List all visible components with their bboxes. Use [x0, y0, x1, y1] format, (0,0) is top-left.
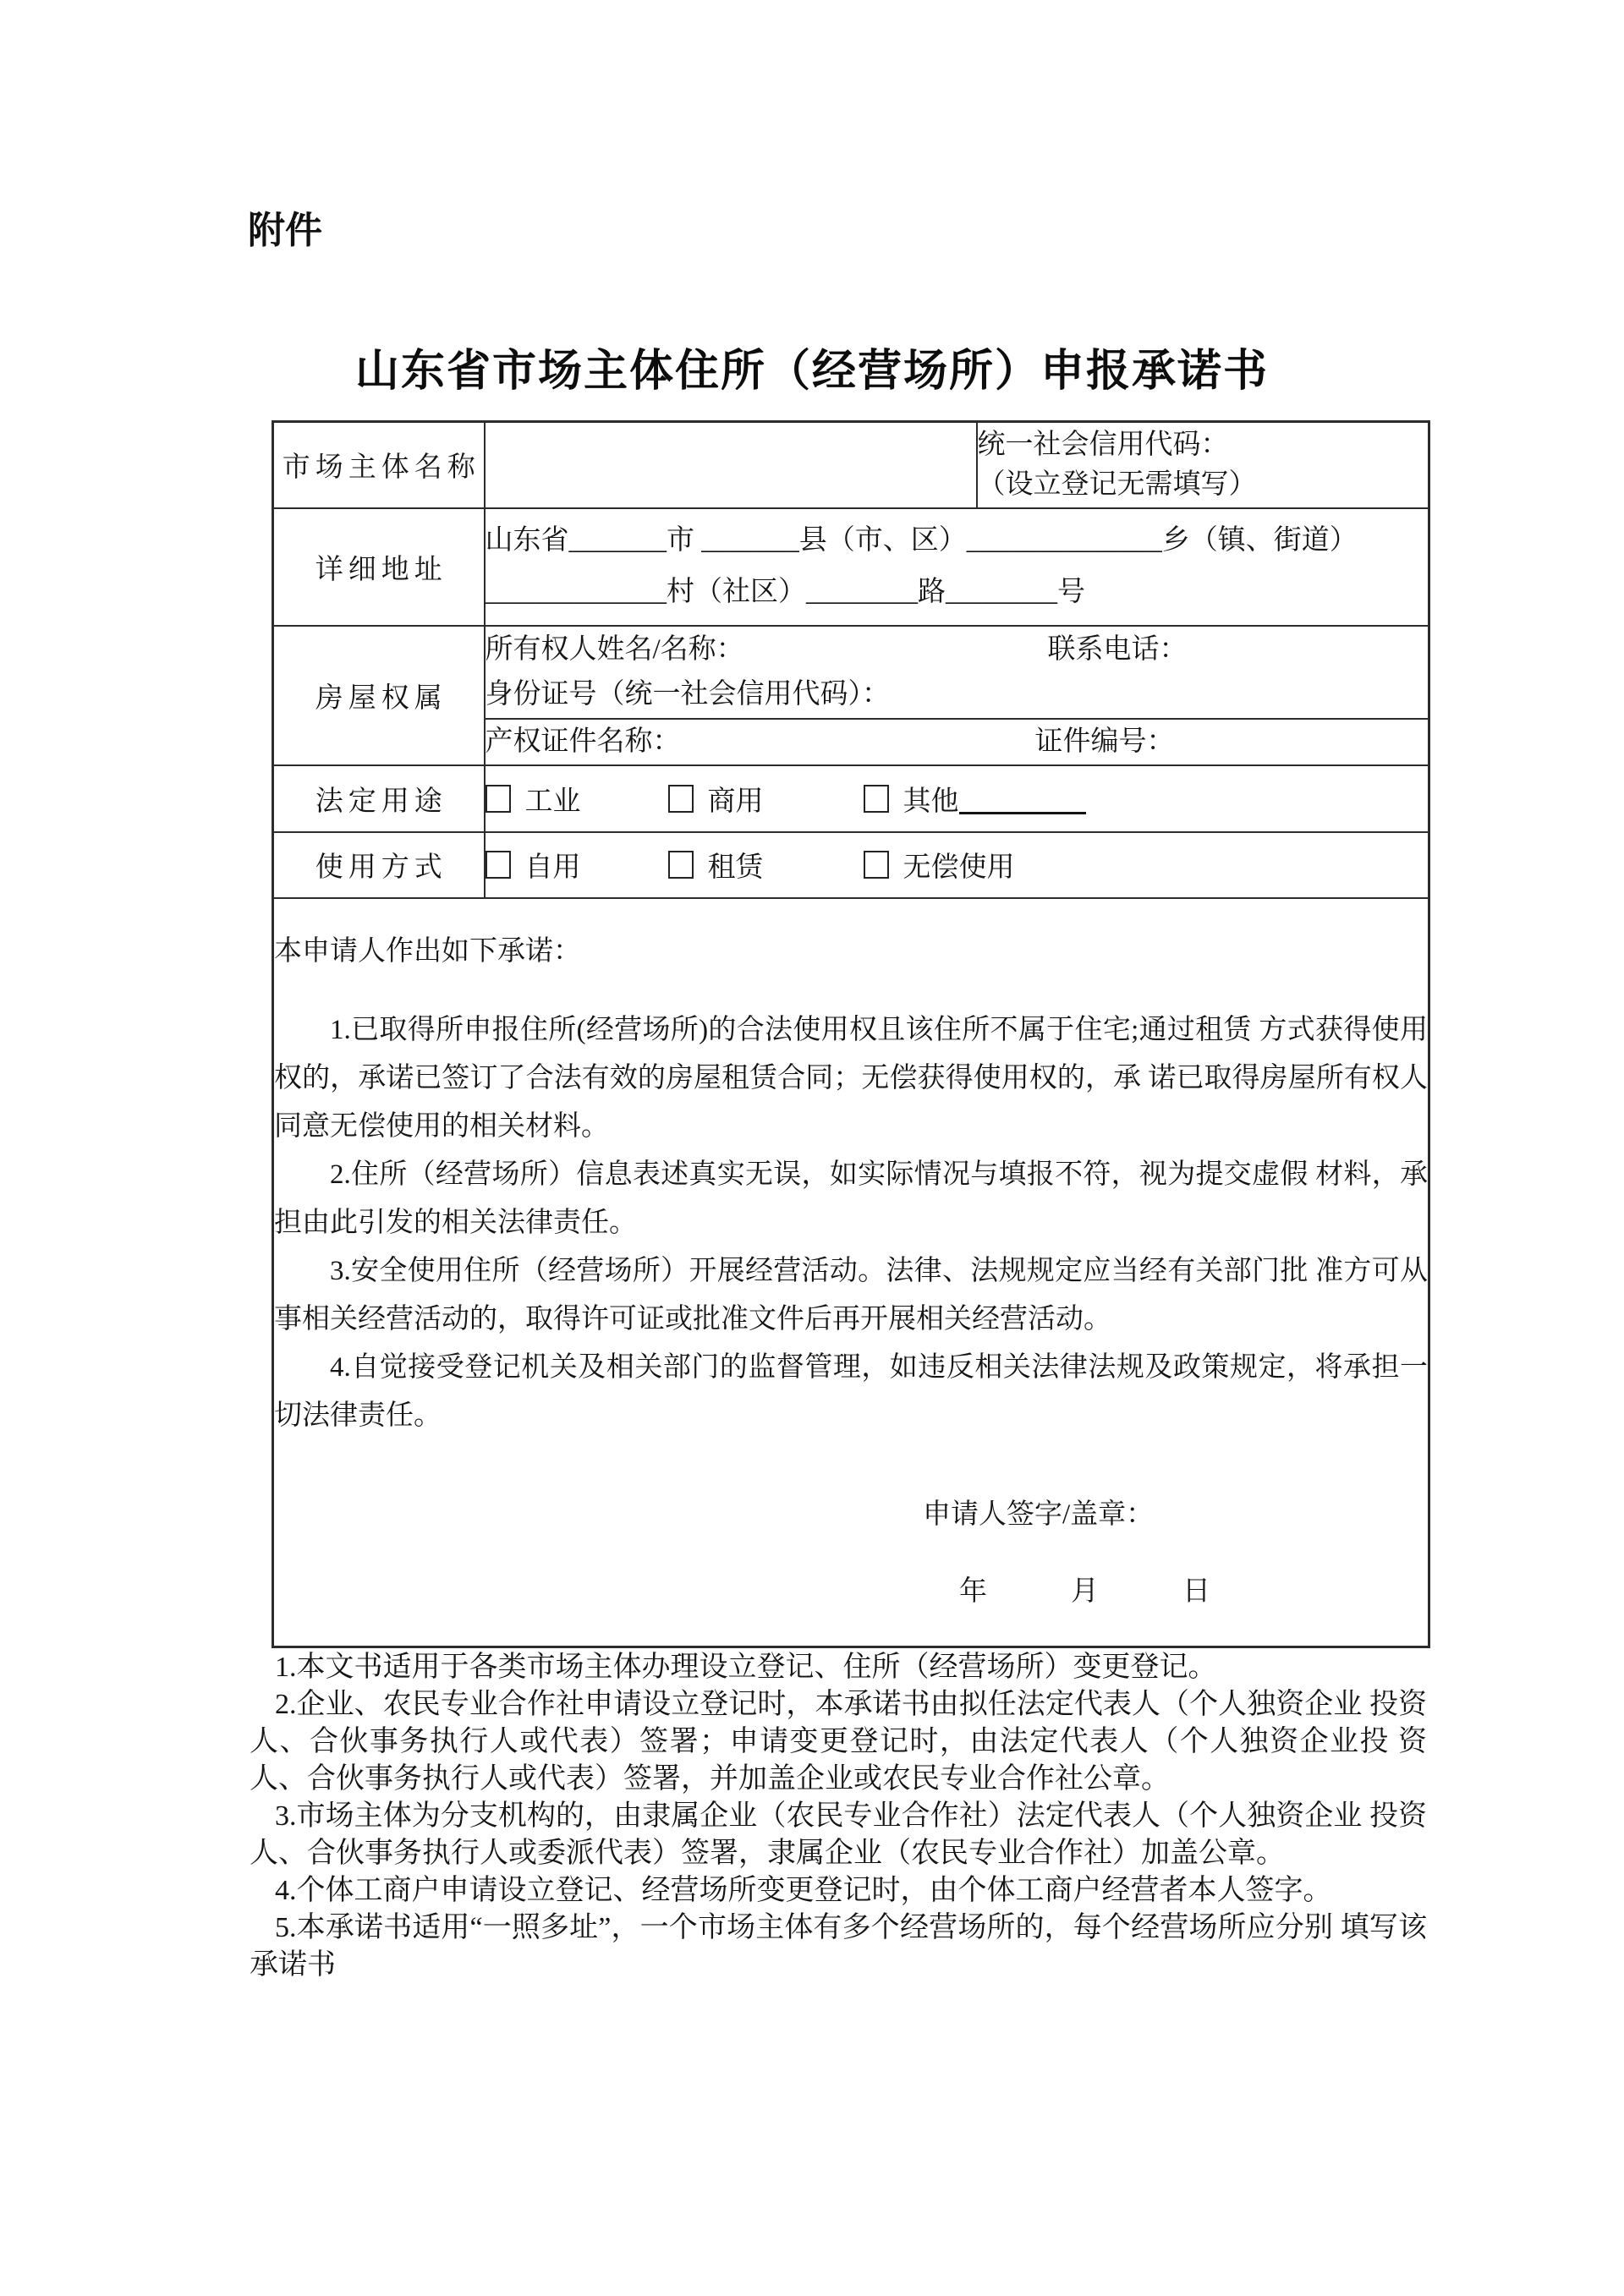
attachment-label: 附件	[248, 209, 322, 253]
commitment-item-4: 4.自觉接受登记机关及相关部门的监督管理，如违反相关法律法规及政策规定，将承担一…	[274, 1344, 1428, 1440]
use-mode-options: 自用 租赁 无偿使用	[485, 832, 1429, 898]
use-mode-label: 使用方式	[273, 832, 485, 898]
owner-name-label: 所有权人姓名/名称：	[486, 627, 1048, 672]
cert-no-label: 证件编号：	[1035, 726, 1175, 757]
option-commercial-label: 商用	[708, 779, 764, 819]
credit-code-label: 统一社会信用代码：	[978, 425, 1429, 465]
legal-use-label: 法定用途	[273, 765, 485, 832]
option-industrial-label: 工业	[525, 779, 581, 819]
credit-code-note: （设立登记无需填写）	[978, 465, 1429, 505]
commitment-item-2: 2.住所（经营场所）信息表述真实无误，如实际情况与填报不符，视为提交虚假 材料，…	[274, 1151, 1428, 1247]
phone-label: 联系电话：	[1048, 634, 1188, 665]
option-lease-label: 租赁	[708, 845, 764, 885]
owner-info-cell[interactable]: 所有权人姓名/名称：联系电话： 身份证号（统一社会信用代码）：	[485, 626, 1429, 719]
table-row-use-mode: 使用方式 自用 租赁 无偿使用	[273, 832, 1429, 898]
option-industrial[interactable]: 工业	[486, 779, 581, 819]
owner-id-label: 身份证号（统一社会信用代码）：	[486, 672, 1429, 717]
address-label: 详细地址	[273, 508, 485, 626]
checkbox-lease-icon[interactable]	[668, 851, 694, 879]
checkbox-commercial-icon[interactable]	[668, 785, 694, 813]
table-row-address: 详细地址 山东省_______市 _______县（市、区）__________…	[273, 508, 1429, 626]
table-row-commitment: 本申请人作出如下承诺： 1.已取得所申报住所(经营场所)的合法使用权且该住所不属…	[273, 898, 1429, 1647]
footnote-2: 2.企业、农民专业合作社申请设立登记时，本承诺书由拟任法定代表人（个人独资企业 …	[250, 1686, 1427, 1798]
option-free-use[interactable]: 无偿使用	[864, 845, 1015, 885]
footnote-5: 5.本承诺书适用“一照多址”，一个市场主体有多个经营场所的，每个经营场所应分别 …	[250, 1910, 1427, 1984]
ownership-label: 房屋权属	[273, 626, 485, 765]
checkbox-free-use-icon[interactable]	[864, 851, 889, 879]
option-other-label: 其他	[903, 779, 959, 819]
checkbox-self-use-icon[interactable]	[486, 851, 511, 879]
entity-name-field[interactable]	[485, 422, 977, 508]
footnote-4: 4.个体工商户申请设立登记、经营场所变更登记时，由个体工商户经营者本人签字。	[250, 1872, 1427, 1910]
option-lease[interactable]: 租赁	[668, 845, 764, 885]
option-free-use-label: 无偿使用	[903, 845, 1015, 885]
commitment-intro: 本申请人作出如下承诺：	[274, 928, 1428, 976]
option-self-use[interactable]: 自用	[486, 845, 581, 885]
legal-use-options: 工业 商用 其他	[485, 765, 1429, 832]
checkbox-industrial-icon[interactable]	[486, 785, 511, 813]
table-row-entity-name: 市场主体名称 统一社会信用代码： （设立登记无需填写）	[273, 422, 1429, 508]
date-line[interactable]: 年 月 日	[959, 1568, 1428, 1616]
address-line-1[interactable]: 山东省_______市 _______县（市、区）______________乡…	[486, 515, 1429, 567]
option-other[interactable]: 其他	[864, 779, 1086, 819]
table-row-ownership-owner: 房屋权属 所有权人姓名/名称：联系电话： 身份证号（统一社会信用代码）：	[273, 626, 1429, 719]
footnotes: 1.本文书适用于各类市场主体办理设立登记、住所（经营场所）变更登记。 2.企业、…	[250, 1649, 1427, 1984]
other-blank-line[interactable]	[959, 783, 1086, 814]
commitment-cell: 本申请人作出如下承诺： 1.已取得所申报住所(经营场所)的合法使用权且该住所不属…	[273, 898, 1429, 1647]
commitment-item-3: 3.安全使用住所（经营场所）开展经营活动。法律、法规规定应当经有关部门批 准方可…	[274, 1247, 1428, 1344]
footnote-1: 1.本文书适用于各类市场主体办理设立登记、住所（经营场所）变更登记。	[250, 1649, 1427, 1686]
entity-name-label: 市场主体名称	[273, 422, 485, 508]
cert-info-cell[interactable]: 产权证件名称：证件编号：	[485, 719, 1429, 765]
signature-label[interactable]: 申请人签字/盖章：	[923, 1491, 1428, 1539]
commitment-item-1: 1.已取得所申报住所(经营场所)的合法使用权且该住所不属于住宅;通过租赁 方式获…	[274, 1006, 1428, 1151]
footnote-3: 3.市场主体为分支机构的，由隶属企业（农民专业合作社）法定代表人（个人独资企业 …	[250, 1798, 1427, 1872]
page-title: 山东省市场主体住所（经营场所）申报承诺书	[0, 345, 1624, 399]
cert-name-label: 产权证件名称：	[486, 721, 1035, 764]
table-row-legal-use: 法定用途 工业 商用 其他	[273, 765, 1429, 832]
address-field[interactable]: 山东省_______市 _______县（市、区）______________乡…	[485, 508, 1429, 626]
option-commercial[interactable]: 商用	[668, 779, 764, 819]
address-line-2[interactable]: _____________村（社区）________路________号	[486, 567, 1429, 618]
credit-code-cell[interactable]: 统一社会信用代码： （设立登记无需填写）	[977, 422, 1429, 508]
checkbox-other-icon[interactable]	[864, 785, 889, 813]
option-self-use-label: 自用	[525, 845, 581, 885]
declaration-form-table: 市场主体名称 统一社会信用代码： （设立登记无需填写） 详细地址 山东省____…	[272, 420, 1430, 1648]
